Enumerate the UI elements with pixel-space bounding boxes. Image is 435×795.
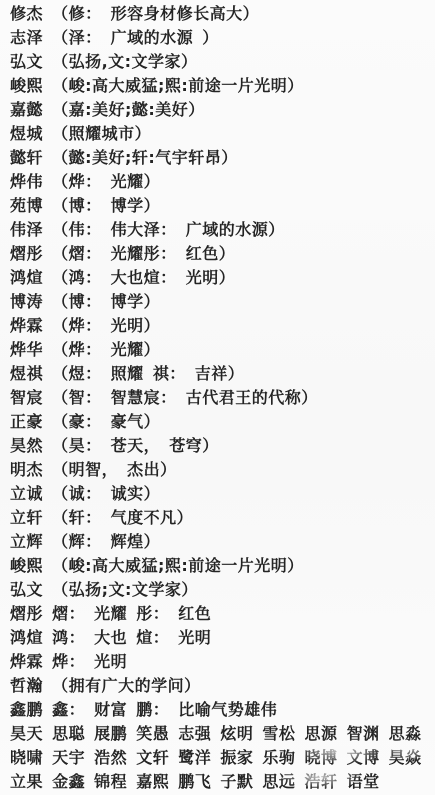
name-entry: 苑博 （博： 博学） (10, 194, 431, 218)
name-entry: 博涛 （博： 博学） (10, 290, 431, 314)
name-entry: 懿轩 （懿:美好;轩:气宇轩昂） (10, 146, 431, 170)
name-entry: 烨霖 （烨： 光明） (10, 314, 431, 338)
name-entry: 鸿煊 鸿： 大也 煊： 光明 (10, 626, 431, 650)
name-entry: 伟泽 （伟： 伟大泽： 广域的水源） (10, 218, 431, 242)
name-entry: 正豪 （豪： 豪气） (10, 410, 431, 434)
name-entry: 立辉 （辉： 辉煌） (10, 530, 431, 554)
name-entry: 烨华 （烨： 光耀） (10, 338, 431, 362)
name-entry: 煜城 （照耀城市） (10, 122, 431, 146)
name-entry: 峻熙 （峻:高大威猛;熙:前途一片光明） (10, 74, 431, 98)
name-entry: 昊然 （昊： 苍天， 苍穹） (10, 434, 431, 458)
name-list-document: 修杰 （修： 形容身材修长高大） 志泽 （泽： 广域的水源 ） 弘文 （弘扬,文… (0, 0, 435, 795)
name-entry: 鸿煊 （鸿： 大也煊： 光明） (10, 266, 431, 290)
name-entry: 烨伟 （烨： 光耀） (10, 170, 431, 194)
name-row-plain: 晓啸 天宇 浩然 文轩 鹭洋 振家 乐驹 晓博 文博 昊焱 (10, 746, 431, 770)
name-entry: 修杰 （修： 形容身材修长高大） (10, 2, 431, 26)
name-entry: 立诚 （诚： 诚实） (10, 482, 431, 506)
name-entry: 弘文 （弘扬,文:文学家） (10, 50, 431, 74)
name-row-plain: 立果 金鑫 锦程 嘉熙 鹏飞 子默 思远 浩轩 语堂 (10, 770, 431, 794)
name-entry: 嘉懿 （嘉:美好;懿:美好） (10, 98, 431, 122)
name-row-plain: 昊天 思聪 展鹏 笑愚 志强 炫明 雪松 思源 智渊 思淼 (10, 722, 431, 746)
name-entry: 熠彤 （熠： 光耀彤： 红色） (10, 242, 431, 266)
name-entry: 弘文 （弘扬;文:文学家） (10, 578, 431, 602)
name-entry: 熠彤 熠： 光耀 彤： 红色 (10, 602, 431, 626)
name-entry: 鑫鹏 鑫： 财富 鹏： 比喻气势雄伟 (10, 698, 431, 722)
name-entry: 煜祺 （煜： 照耀 祺： 吉祥） (10, 362, 431, 386)
name-entry: 烨霖 烨： 光明 (10, 650, 431, 674)
name-entry: 哲瀚 （拥有广大的学问） (10, 674, 431, 698)
name-entry: 峻熙 （峻:高大威猛;熙:前途一片光明） (10, 554, 431, 578)
name-entry: 明杰 （明智， 杰出） (10, 458, 431, 482)
name-entry: 志泽 （泽： 广域的水源 ） (10, 26, 431, 50)
name-entry: 立轩 （轩： 气度不凡） (10, 506, 431, 530)
name-entry: 智宸 （智： 智慧宸： 古代君王的代称） (10, 386, 431, 410)
page: { "page": { "background": "#fafafa", "te… (0, 0, 435, 795)
